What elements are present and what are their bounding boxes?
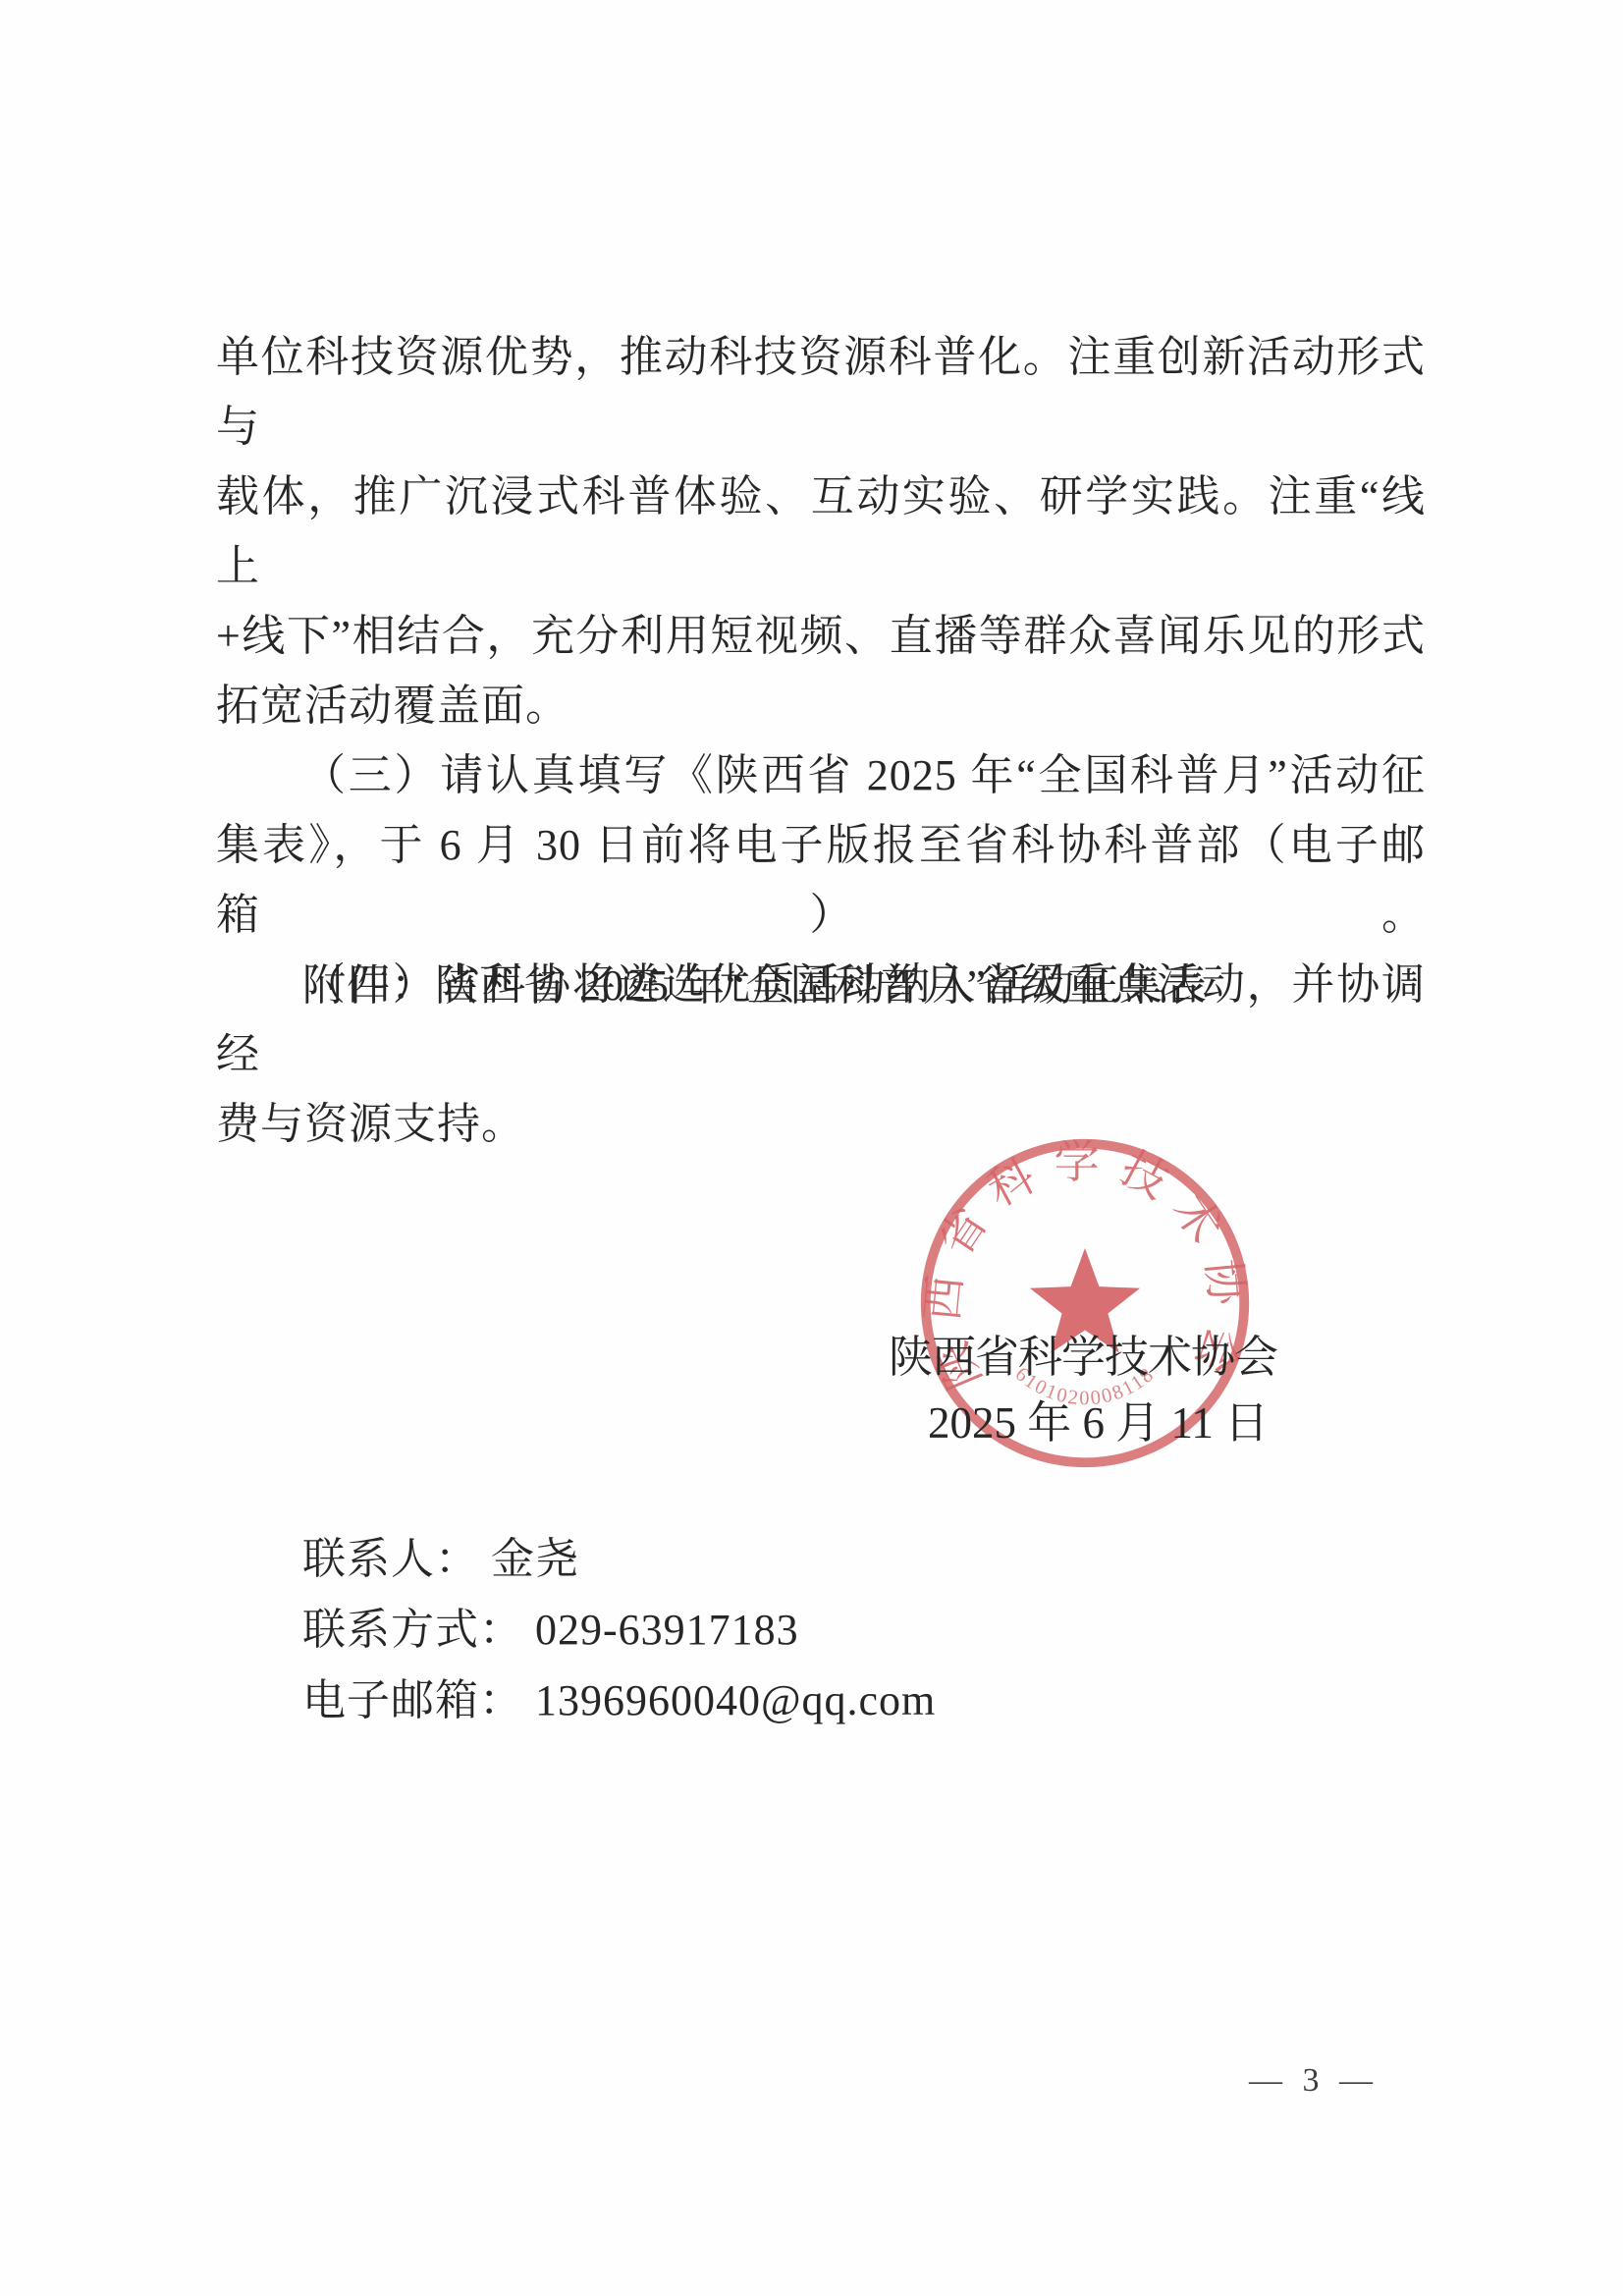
- body-line: 单位科技资源优势，推动科技资源科普化。注重创新活动形式与: [216, 322, 1426, 462]
- contact-phone: 联系方式： 029-63917183: [302, 1595, 936, 1666]
- contact-person: 联系人： 金尧: [302, 1524, 936, 1595]
- body-line: 拓宽活动覆盖面。: [216, 671, 1426, 740]
- body-line: （三）请认真填写《陕西省 2025 年“全国科普月”活动征: [216, 740, 1426, 810]
- body-line: +线下”相结合，充分利用短视频、直播等群众喜闻乐见的形式: [216, 601, 1426, 671]
- body-text: 单位科技资源优势，推动科技资源科普化。注重创新活动形式与 载体，推广沉浸式科普体…: [216, 322, 1426, 1159]
- attachment-line: 附件：陕西省 2025 年“全国科普月”活动征集表: [302, 951, 1208, 1020]
- contact-email: 电子邮箱： 1396960040@qq.com: [302, 1666, 936, 1736]
- signature-org: 陕西省科学技术协会: [889, 1321, 1277, 1385]
- body-line: 载体，推广沉浸式科普体验、互动实验、研学实践。注重“线上: [216, 462, 1426, 601]
- document-page: 单位科技资源优势，推动科技资源科普化。注重创新活动形式与 载体，推广沉浸式科普体…: [0, 0, 1623, 2296]
- body-line: 集表》，于 6 月 30 日前将电子版报至省科协科普部（电子邮箱）。: [216, 810, 1426, 950]
- signature-date: 2025 年 6 月 11 日: [928, 1387, 1269, 1450]
- contact-block: 联系人： 金尧 联系方式： 029-63917183 电子邮箱： 1396960…: [302, 1524, 936, 1736]
- page-number: — 3 —: [1249, 2062, 1379, 2100]
